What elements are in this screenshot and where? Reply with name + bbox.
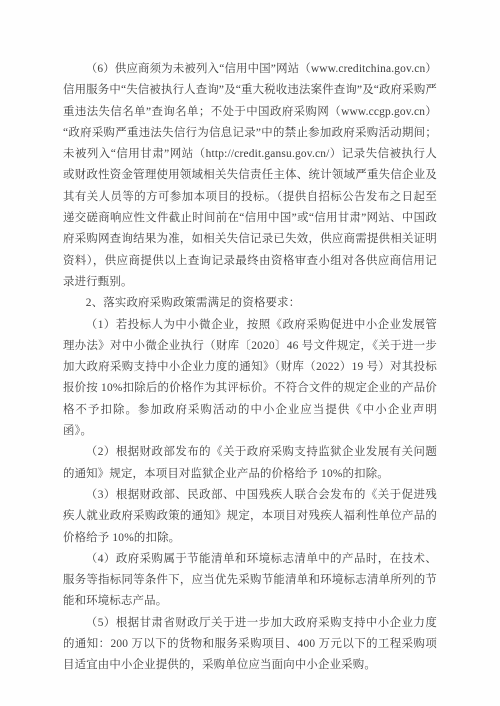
document-body: （6）供应商须为未被列入“信用中国”网站（www.creditchina.gov… — [63, 59, 437, 677]
paragraph-policy-3-disabled-welfare: （3）根据财政部、民政部、中国残疾人联合会发布的《关于促进残疾人就业政府采购政策… — [63, 485, 437, 549]
paragraph-policy-2-prison-enterprise: （2）根据财政部发布的《关于政府采购支持监狱企业发展有关问题的通知》规定，本项目… — [63, 442, 437, 485]
paragraph-clause-6-supplier-credit: （6）供应商须为未被列入“信用中国”网站（www.creditchina.gov… — [63, 59, 437, 293]
paragraph-policy-4-energy-saving: （4）政府采购属于节能清单和环境标志清单中的产品时，在技术、服务等指标同等条件下… — [63, 549, 437, 613]
document-page: （6）供应商须为未被列入“信用中国”网站（www.creditchina.gov… — [0, 0, 500, 706]
paragraph-section-2-heading: 2、落实政府采购政策需满足的资格要求： — [63, 293, 437, 314]
paragraph-policy-1-sme: （1）若投标人为中小微企业，按照《政府采购促进中小企业发展管理办法》对中小微企业… — [63, 315, 437, 443]
paragraph-policy-5-gansu-sme: （5）根据甘肃省财政厅关于进一步加大政府采购支持中小企业力度的通知：200 万以… — [63, 613, 437, 677]
